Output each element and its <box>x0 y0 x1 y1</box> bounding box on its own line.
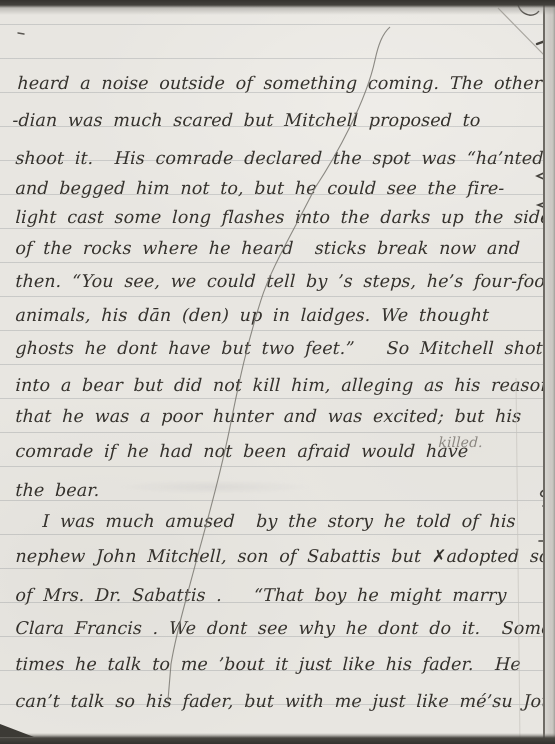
handwritten-line: killed. <box>438 432 483 454</box>
handwritten-line: into a bear but did not kill him, allegi… <box>15 375 552 397</box>
handwritten-line: animals, his dān (den) up in laidges. We… <box>15 305 490 327</box>
handwritten-line: ghosts he dont have but two feet.” So Mi… <box>15 338 543 360</box>
handwritten-line: -dian was much scared but Mitchell propo… <box>12 110 481 132</box>
handwritten-line: that he was a poor hunter and was excite… <box>15 406 522 428</box>
handwritten-line: I was much amused by the story he told o… <box>42 511 516 533</box>
manuscript-page: heard a noise outside of something comin… <box>0 0 555 744</box>
handwritten-line: Clara Francis . We dont see why he dont … <box>15 618 555 640</box>
ink-showthrough-smudge <box>95 478 335 496</box>
handwritten-line: of the rocks where he heard sticks break… <box>15 238 521 260</box>
handwritten-line: light cast some long flashes into the da… <box>15 207 551 229</box>
handwritten-line: the bear. <box>15 480 100 502</box>
scan-top-edge <box>0 0 555 15</box>
handwritten-line: then. “You see, we could tell by ’s step… <box>15 271 555 293</box>
handwritten-line: nephew John Mitchell, son of Sabattis bu… <box>15 546 555 568</box>
handwritten-line: and begged him not to, but he could see … <box>15 178 505 200</box>
handwritten-line: shoot it. His comrade declared the spot … <box>15 148 553 170</box>
scan-bottom-edge <box>0 733 555 744</box>
handwritten-line: times he talk to me ’bout it just like h… <box>15 654 521 676</box>
handwritten-line: comrade if he had not been afraid would … <box>15 441 469 463</box>
scan-corner-shadow <box>0 724 34 737</box>
handwritten-line: heard a noise outside of something comin… <box>17 73 555 95</box>
handwritten-line: can’t talk so his fader, but with me jus… <box>15 691 555 713</box>
adjacent-page-edge <box>543 0 555 744</box>
handwritten-line: of Mrs. Dr. Sabattis . “That boy he migh… <box>15 585 507 607</box>
